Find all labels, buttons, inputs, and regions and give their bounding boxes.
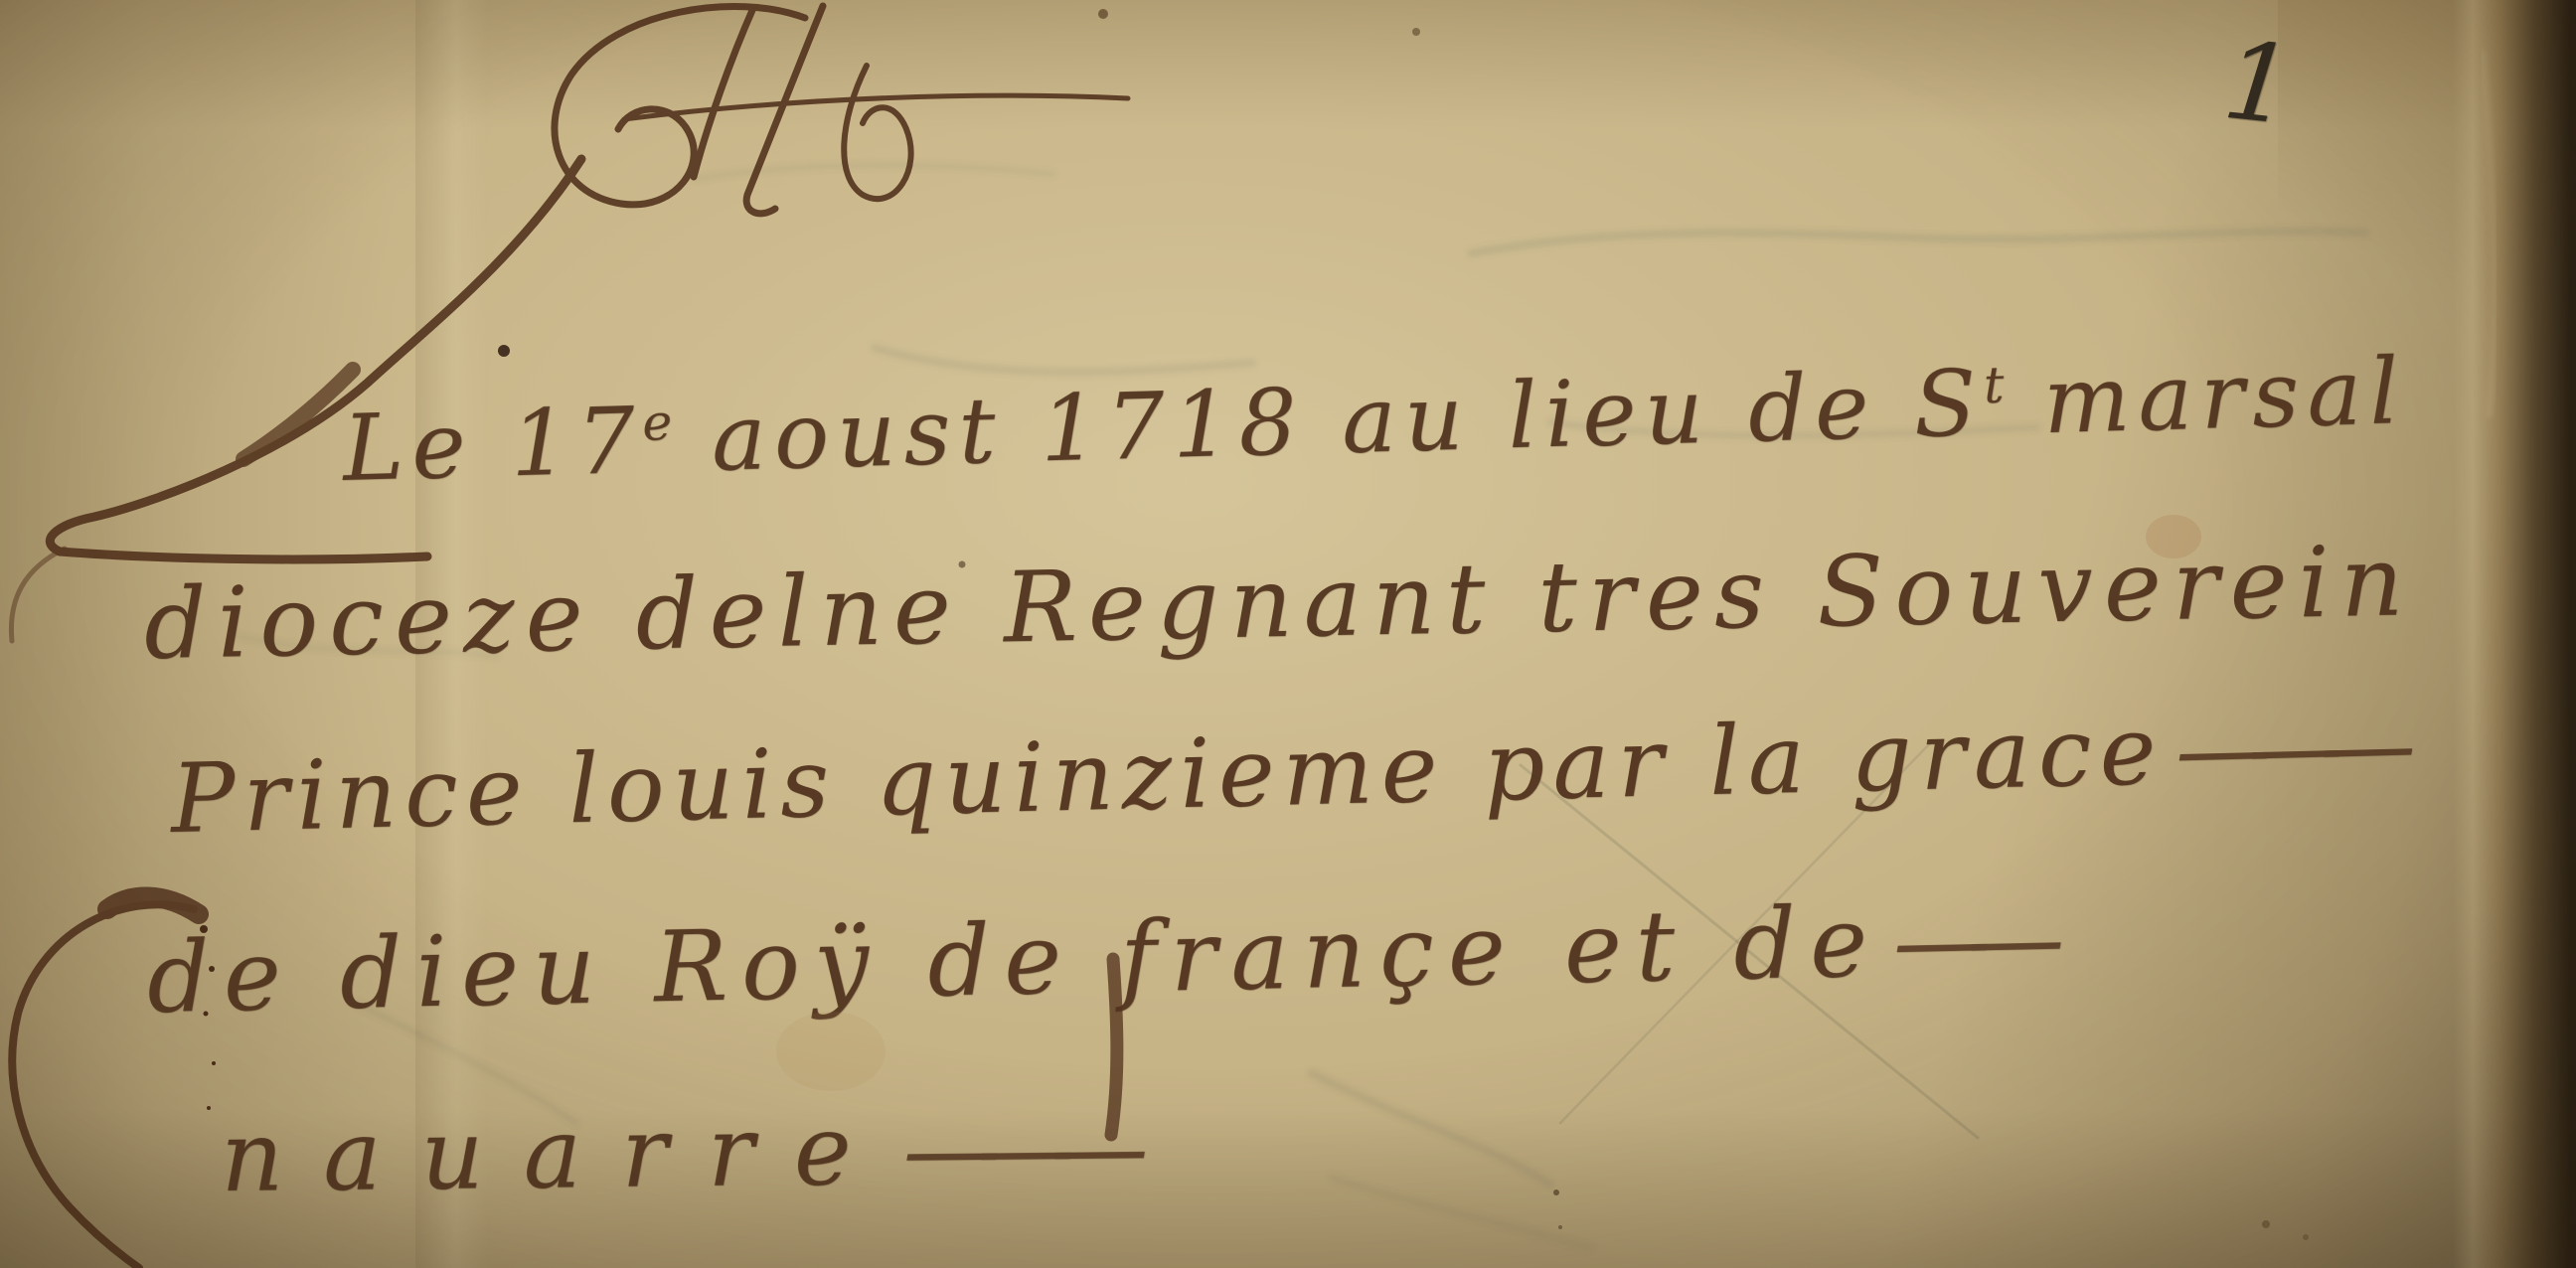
photo-vignette (0, 0, 2576, 1268)
manuscript-photo: Le 17e aoust 1718 au lieu de St marsal d… (0, 0, 2576, 1268)
